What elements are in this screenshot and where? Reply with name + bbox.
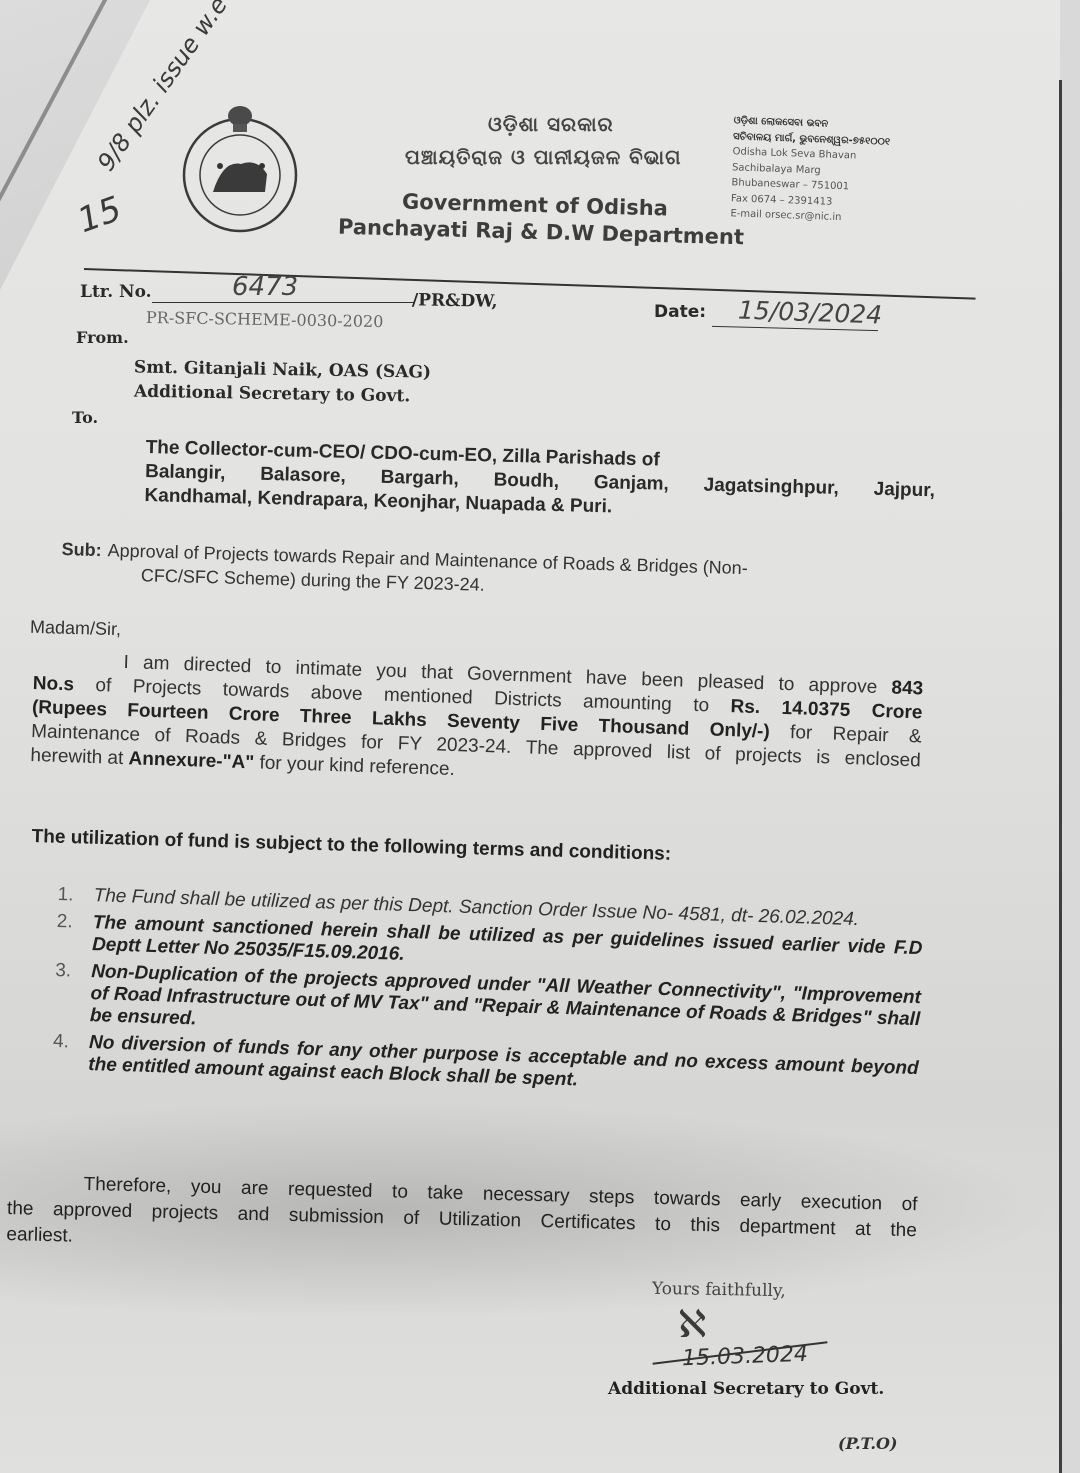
- date-label: Date:: [654, 302, 706, 322]
- letter-number-suffix: /PR&DW,: [412, 290, 498, 311]
- term-number: 4.: [52, 1031, 89, 1076]
- header-odia-department: ପଞ୍ଚାୟତିରାଜ ଓ ପାନୀୟଜଳ ବିଭାଗ: [405, 145, 681, 169]
- project-count-unit: No.s: [32, 673, 74, 695]
- letter-date: 15/03/2024: [738, 295, 883, 329]
- letter-number: 6473: [232, 272, 298, 302]
- letter-number-underline: [152, 302, 414, 303]
- signatory-title: Additional Secretary to Govt.: [608, 1379, 884, 1399]
- signature-date: 15.03.2024: [682, 1342, 809, 1371]
- project-count: 843: [891, 677, 923, 699]
- page-edge-line: [1059, 80, 1062, 1473]
- term-number: 1.: [57, 884, 94, 907]
- signature-mark: ℵ: [678, 1302, 706, 1346]
- header-odia-government: ଓଡ଼ିଶା ସରକାର: [488, 112, 614, 136]
- from-label: From.: [76, 328, 129, 347]
- body-line3: for Repair &: [790, 722, 922, 747]
- terms-list: 1.The Fund shall be utilized as per this…: [52, 884, 924, 1107]
- annexure-reference: Annexure-"A": [128, 748, 254, 773]
- body-line5a: herewith at: [30, 745, 124, 769]
- valediction: Yours faithfully,: [652, 1279, 786, 1301]
- to-label: To.: [72, 408, 98, 427]
- odisha-emblem-icon: [175, 100, 305, 235]
- page-turn-over: (P.T.O): [838, 1434, 897, 1453]
- body-line5b: for your kind reference.: [259, 753, 455, 780]
- department-address: ଓଡ଼ିଶା ଲୋକସେବା ଭବନ ସଚିବାଳୟ ମାର୍ଗ, ଭୁବନେଶ…: [730, 113, 891, 227]
- salutation: Madam/Sir,: [30, 617, 122, 640]
- term-number: 3.: [54, 960, 92, 1027]
- letter-number-label: Ltr. No.: [80, 282, 152, 302]
- subject-label: Sub:: [61, 539, 102, 560]
- term-number: 2.: [56, 911, 93, 956]
